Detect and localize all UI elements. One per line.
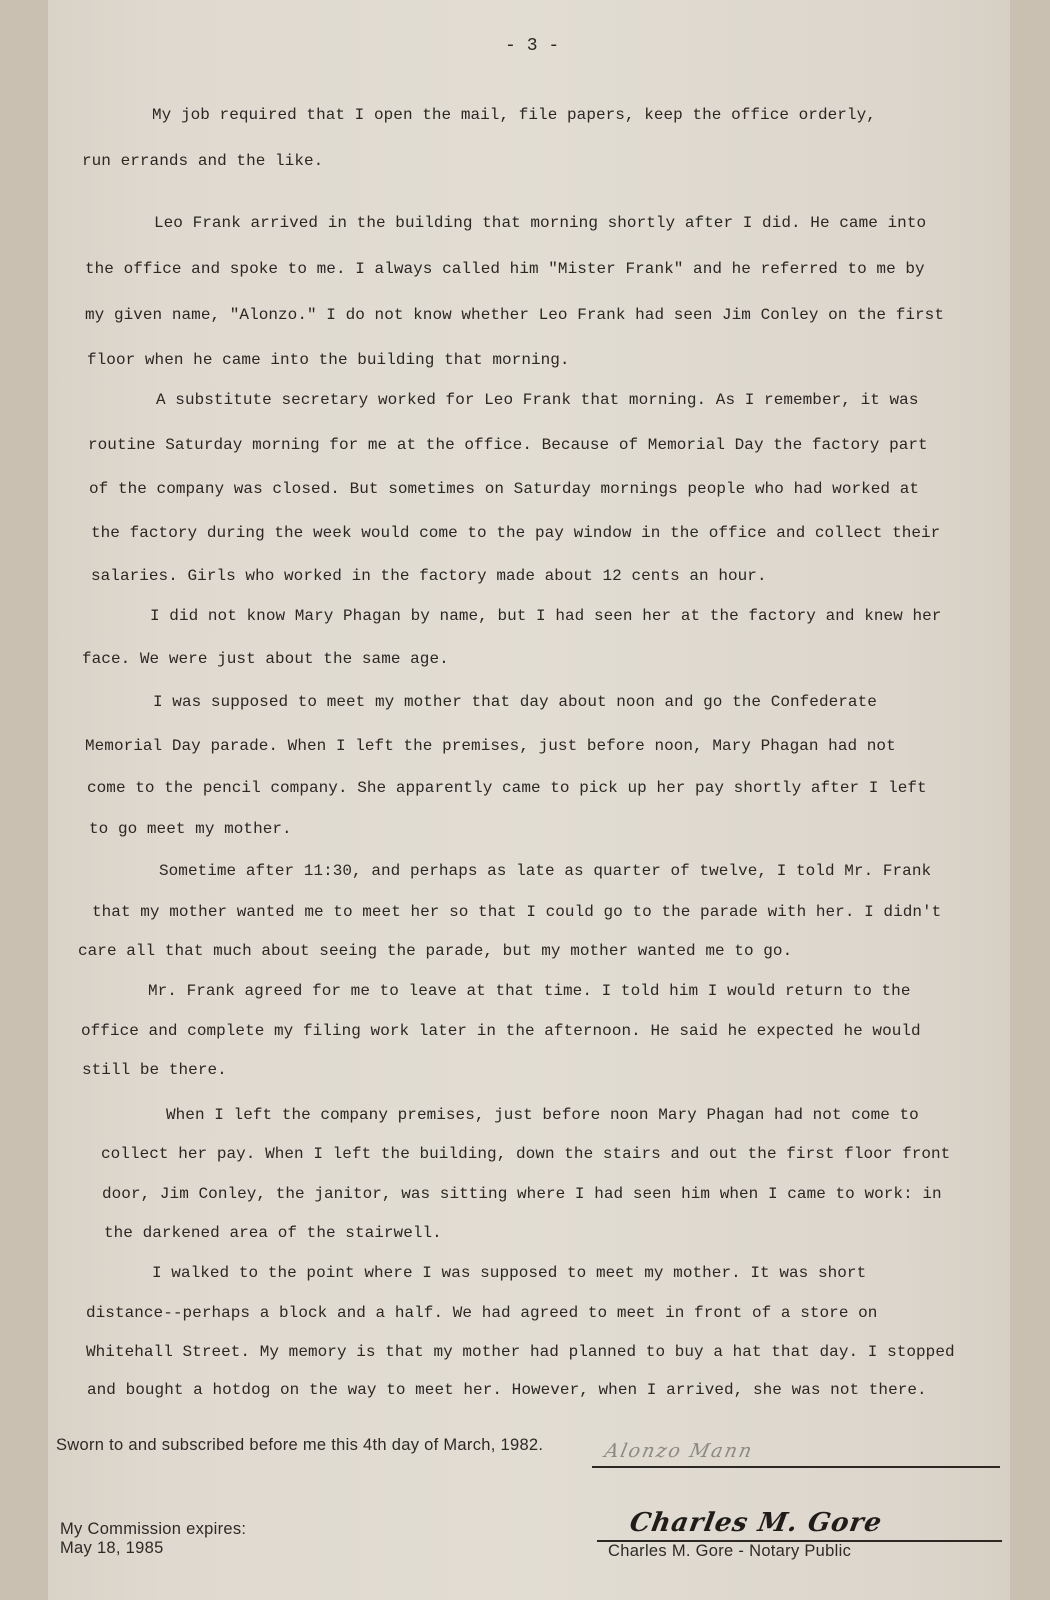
text-line: come to the pencil company. She apparent… — [87, 779, 927, 797]
commission-label: My Commission expires: — [60, 1520, 246, 1539]
text-line: When I left the company premises, just b… — [166, 1106, 919, 1124]
text-line: distance--perhaps a block and a half. We… — [86, 1304, 877, 1322]
text-line: face. We were just about the same age. — [82, 650, 449, 668]
text-line: I walked to the point where I was suppos… — [152, 1264, 866, 1282]
affiant-signature-line — [592, 1466, 1000, 1468]
text-line: care all that much about seeing the para… — [78, 942, 792, 960]
notary-caption: Charles M. Gore - Notary Public — [608, 1542, 851, 1561]
text-line: Sometime after 11:30, and perhaps as lat… — [159, 862, 931, 880]
notary-signature: Charles M. Gore — [627, 1508, 884, 1538]
text-line: the factory during the week would come t… — [91, 524, 940, 542]
text-line: run errands and the like. — [82, 152, 323, 170]
text-line: my given name, "Alonzo." I do not know w… — [85, 306, 944, 324]
page-number: - 3 - — [505, 36, 559, 56]
affiant-signature: Alonzo Mann — [603, 1440, 756, 1462]
text-line: to go meet my mother. — [89, 820, 292, 838]
sworn-statement: Sworn to and subscribed before me this 4… — [56, 1436, 543, 1455]
text-line: office and complete my filing work later… — [81, 1022, 921, 1040]
text-line: routine Saturday morning for me at the o… — [88, 436, 928, 454]
text-line: A substitute secretary worked for Leo Fr… — [156, 391, 918, 409]
text-line: of the company was closed. But sometimes… — [89, 480, 919, 498]
text-line: salaries. Girls who worked in the factor… — [91, 567, 767, 585]
text-line: I was supposed to meet my mother that da… — [153, 693, 877, 711]
commission-date: May 18, 1985 — [60, 1539, 164, 1558]
text-line: Whitehall Street. My memory is that my m… — [86, 1343, 955, 1361]
text-line: door, Jim Conley, the janitor, was sitti… — [102, 1185, 942, 1203]
text-line: the darkened area of the stairwell. — [104, 1224, 442, 1242]
text-line: Mr. Frank agreed for me to leave at that… — [148, 982, 910, 1000]
text-line: that my mother wanted me to meet her so … — [92, 903, 941, 921]
text-line: Memorial Day parade. When I left the pre… — [85, 737, 896, 755]
text-line: I did not know Mary Phagan by name, but … — [150, 607, 941, 625]
text-line: collect her pay. When I left the buildin… — [101, 1145, 950, 1163]
text-line: My job required that I open the mail, fi… — [152, 106, 876, 124]
text-line: Leo Frank arrived in the building that m… — [154, 214, 926, 232]
text-line: the office and spoke to me. I always cal… — [85, 260, 925, 278]
text-line: and bought a hotdog on the way to meet h… — [87, 1381, 927, 1399]
text-line: floor when he came into the building tha… — [87, 351, 570, 369]
text-line: still be there. — [82, 1061, 227, 1079]
